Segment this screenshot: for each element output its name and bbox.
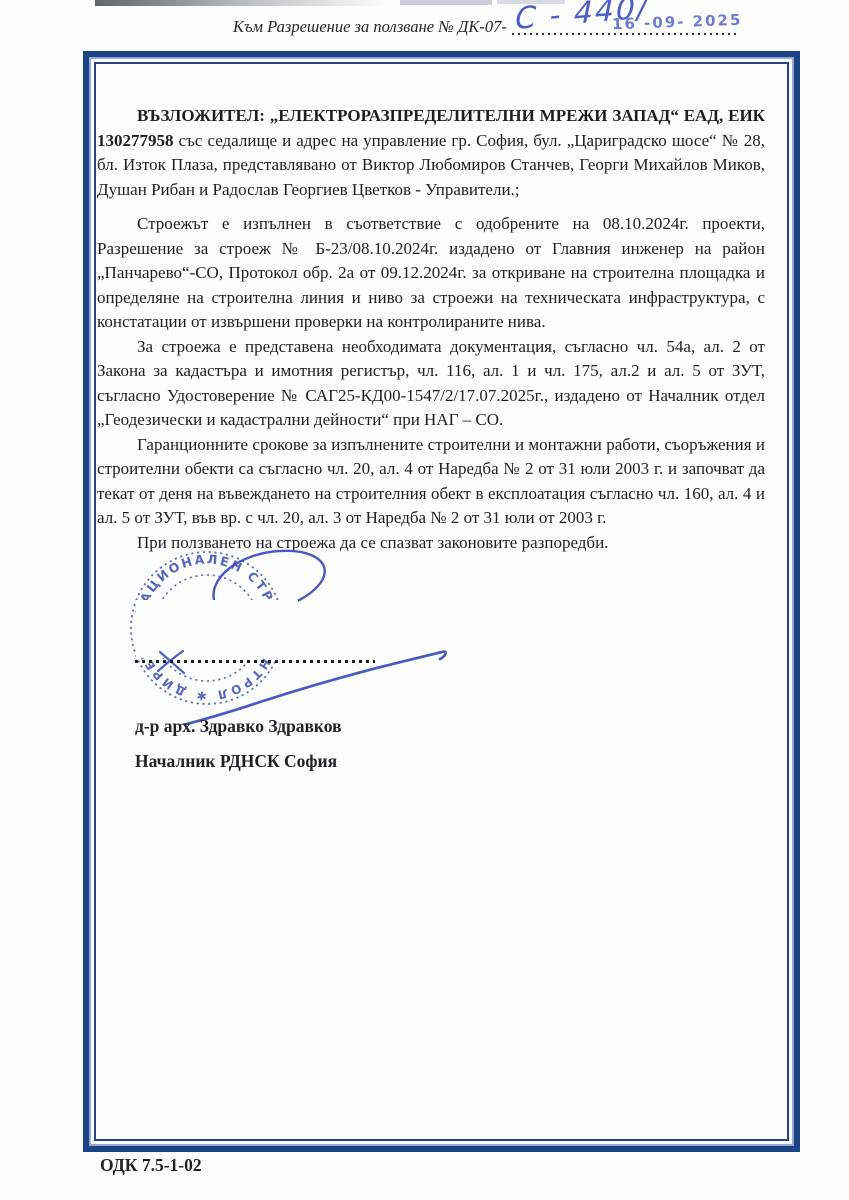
entity-rest: със седалище и адрес на управление гр. С…	[97, 131, 765, 199]
signature-dotted-line	[135, 660, 375, 663]
signatory-name: д-р арх. Здравко Здравков	[135, 716, 342, 737]
paragraph-contracting-entity: ВЪЗЛОЖИТЕЛ: „ЕЛЕКТРОРАЗПРЕДЕЛИТЕЛНИ МРЕЖ…	[97, 104, 765, 202]
reference-label: Към Разрешение за ползване № ДК-07-	[233, 17, 507, 37]
form-code: ОДК 7.5-1-02	[100, 1155, 202, 1176]
date-stamp: 16 -09- 2025	[612, 11, 743, 34]
signatory-title: Началник РДНСК София	[135, 751, 337, 772]
scan-artifact	[400, 0, 492, 5]
paragraph-construction-compliance: Строежът е изпълнен в съответствие с одо…	[97, 212, 765, 335]
redaction-box	[136, 600, 298, 658]
round-stamp: НАЦИОНАЛЕН СТРО ОНТРОЛ ✱ ДИРЕК	[90, 540, 480, 725]
scan-artifact	[95, 0, 387, 6]
document-text: ВЪЗЛОЖИТЕЛ: „ЕЛЕКТРОРАЗПРЕДЕЛИТЕЛНИ МРЕЖ…	[97, 104, 765, 555]
paragraph-warranty-terms: Гаранционните срокове за изпълнените стр…	[97, 433, 765, 531]
paragraph-documentation: За строежа е представена необходимата до…	[97, 335, 765, 433]
